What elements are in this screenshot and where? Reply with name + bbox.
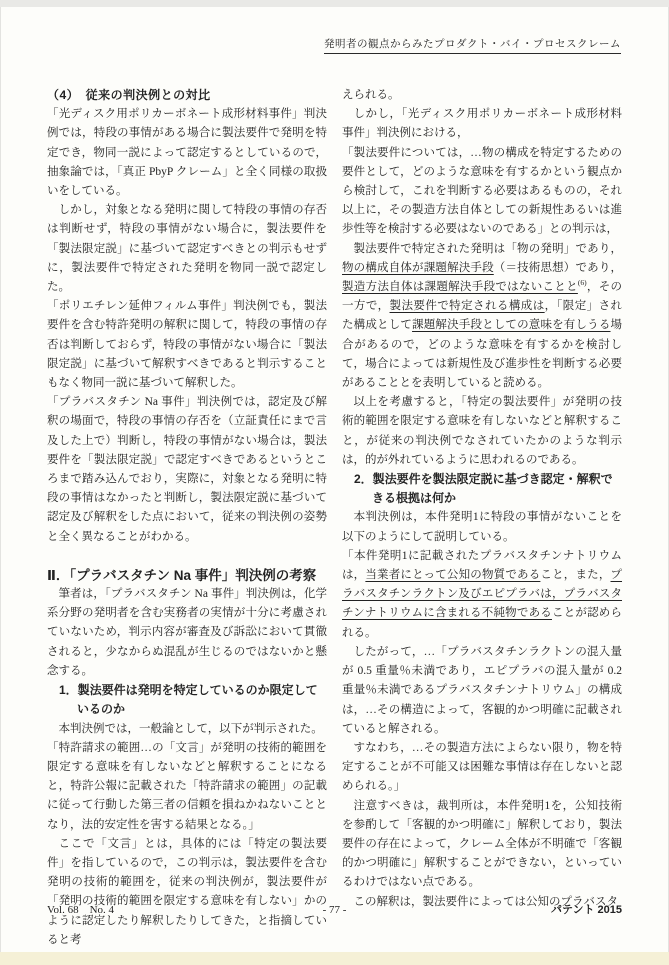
paragraph: 製法要件で特定された発明は「物の発明」であり，物の構成自体が課題解決手段（＝技術… xyxy=(342,240,622,394)
underlined-text: 製造方法自体は課題解決手段ではないことと xyxy=(342,281,578,293)
body-text: 2．製法要件を製法限定説に基づき認定・解釈できる根拠は何か xyxy=(354,472,613,505)
right-column: えられる。しかし，「光ディスク用ポリカーボネート成形材料事件」判決例における，「… xyxy=(342,86,622,950)
section-heading-4: （4） 従来の判決例との対比 xyxy=(47,86,327,105)
footer-page-number: - 77 - xyxy=(239,904,431,916)
paragraph: しかし，「光ディスク用ポリカーボネート成形材料事件」判決例における， xyxy=(342,105,622,143)
journal-page: 発明者の観点からみたプロダクト・バイ・プロセスクレーム （4） 従来の判決例との… xyxy=(0,0,669,965)
paragraph: ここで「文言」とは，具体的には「特定の製法要件」を指しているので，この判示は，製… xyxy=(47,835,327,950)
paragraph: 「特許請求の範囲…の「文言」が発明の技術的範囲を限定する意味を有しないなどと解釈… xyxy=(47,739,327,835)
running-title: 発明者の観点からみたプロダクト・バイ・プロセスクレーム xyxy=(324,36,621,54)
subsection-heading-1: 1．製法要件は発明を特定しているのか限定しているのか xyxy=(47,681,327,719)
underlined-text: 製法要件で特定される構成は xyxy=(390,300,545,312)
body-text: したがって，…「プラバスタチンラクトンの混入量が 0.5 重量％未満であり，エピ… xyxy=(342,646,622,735)
paragraph: 本判決例では，一般論として，以下が判示された。 xyxy=(47,720,327,739)
body-text: しかし，対象となる発明に関して特段の事情の存否は判断せず，特段の事情がない場合に… xyxy=(47,204,327,293)
paragraph: 「本件発明1に記載されたプラバスタチンナトリウムは，当業者にとって公知の物質であ… xyxy=(342,547,622,643)
footer-journal: パテント 2015 xyxy=(430,901,622,917)
paragraph: 以上を考慮すると，「特定の製法要件」が発明の技術的範囲を限定する意味を有しないな… xyxy=(342,393,622,470)
paragraph: したがって，…「プラバスタチンラクトンの混入量が 0.5 重量％未満であり，エピ… xyxy=(342,643,622,739)
body-text: 注意すべきは，裁判所は，本件発明1を，公知技術を参酌して「客観的かつ明確に」解釈… xyxy=(342,800,622,889)
paragraph: 「プラバスタチン Na 事件」判決例では，認定及び解釈の場面で，特段の事情の存否… xyxy=(47,393,327,547)
body-text: （4） 従来の判決例との対比 xyxy=(47,88,211,102)
underlined-text: 課題解決手段としての意味を有しうる xyxy=(412,319,610,331)
body-text: 「プラバスタチン Na 事件」判決例では，認定及び解釈の場面で，特段の事情の存否… xyxy=(47,396,327,542)
body-text: 「製法要件については，…物の構成を特定するための要件として，どのような意味を有す… xyxy=(342,147,622,236)
body-text: 「特許請求の範囲…の「文言」が発明の技術的範囲を限定する意味を有しないなどと解釈… xyxy=(47,742,327,831)
body-text: 製法要件で特定された発明は「物の発明」であり， xyxy=(354,243,623,255)
footnote-marker: (6) xyxy=(578,278,587,287)
footer-volume: Vol. 68 No. 4 xyxy=(47,901,239,917)
body-text: Ⅱ．「プラバスタチン Na 事件」判決例の考察 xyxy=(47,568,316,583)
underlined-text: 当業者にとって公知の物質である xyxy=(365,569,540,581)
body-text: えられる。 xyxy=(342,89,400,101)
paragraph: えられる。 xyxy=(342,86,622,105)
body-text: しかし，「光ディスク用ポリカーボネート成形材料事件」判決例における， xyxy=(342,108,622,139)
body-text: 本判決例では，一般論として，以下が判示された。 xyxy=(59,723,323,735)
body-text: こと，また， xyxy=(540,569,610,581)
body-text: 1．製法要件は発明を特定しているのか限定しているのか xyxy=(59,683,318,716)
body-text: ここで「文言」とは，具体的には「特定の製法要件」を指しているので，この判示は，製… xyxy=(47,838,327,946)
body-text: 「光ディスク用ポリカーボネート成形材料事件」判決例では，特段の事情がある場合に製… xyxy=(47,108,327,197)
paragraph: 「ポリエチレン延伸フィルム事件」判決例でも，製法要件を含む特許発明の解釈に関して… xyxy=(47,297,327,393)
section-heading-2-roman: Ⅱ．「プラバスタチン Na 事件」判決例の考察 xyxy=(47,566,327,585)
underlined-text: 物の構成自体が課題解決手段 xyxy=(342,262,494,274)
paragraph: 筆者は，「プラバスタチン Na 事件」判決例は，化学系分野の発明者を含む実務者の… xyxy=(47,585,327,681)
paragraph: 「光ディスク用ポリカーボネート成形材料事件」判決例では，特段の事情がある場合に製… xyxy=(47,105,327,201)
page-body: （4） 従来の判決例との対比「光ディスク用ポリカーボネート成形材料事件」判決例で… xyxy=(47,86,622,950)
paragraph: 本判決例は，本件発明1に特段の事情がないことを以下のようにして説明している。 xyxy=(342,508,622,546)
paragraph: 「製法要件については，…物の構成を特定するための要件として，どのような意味を有す… xyxy=(342,144,622,240)
body-text: すなわち，…その製造方法によらない限り，物を特定することが不可能又は困難な事情は… xyxy=(342,742,622,792)
scan-edge-bottom xyxy=(0,952,669,965)
body-text: （＝技術思想）であり， xyxy=(494,262,622,274)
left-column: （4） 従来の判決例との対比「光ディスク用ポリカーボネート成形材料事件」判決例で… xyxy=(47,86,327,950)
body-text: 本判決例は，本件発明1に特段の事情がないことを以下のようにして説明している。 xyxy=(342,511,622,542)
body-text: 筆者は，「プラバスタチン Na 事件」判決例は，化学系分野の発明者を含む実務者の… xyxy=(47,588,327,677)
subsection-heading-2: 2．製法要件を製法限定説に基づき認定・解釈できる根拠は何か xyxy=(342,470,622,508)
paragraph: しかし，対象となる発明に関して特段の事情の存否は判断せず，特段の事情がない場合に… xyxy=(47,201,327,297)
scan-edge-top xyxy=(0,0,669,7)
body-text: 「ポリエチレン延伸フィルム事件」判決例でも，製法要件を含む特許発明の解釈に関して… xyxy=(47,300,327,389)
paragraph: 注意すべきは，裁判所は，本件発明1を，公知技術を参酌して「客観的かつ明確に」解釈… xyxy=(342,797,622,893)
page-footer: Vol. 68 No. 4 - 77 - パテント 2015 xyxy=(47,901,622,917)
paragraph: すなわち，…その製造方法によらない限り，物を特定することが不可能又は困難な事情は… xyxy=(342,739,622,797)
body-text: 以上を考慮すると，「特定の製法要件」が発明の技術的範囲を限定する意味を有しないな… xyxy=(342,396,622,466)
